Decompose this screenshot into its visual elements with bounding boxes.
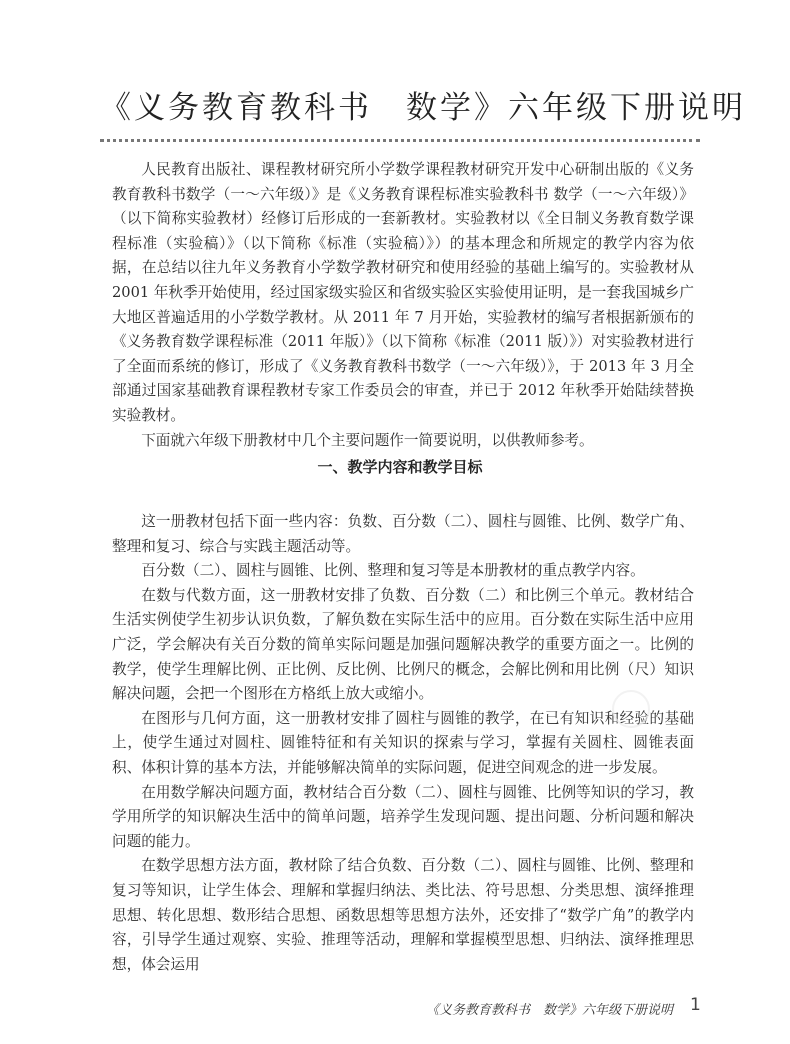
dotted-divider xyxy=(100,139,700,142)
section-heading: 一、教学内容和教学目标 xyxy=(100,456,700,477)
intro-section: 人民教育出版社、课程教材研究所小学数学课程教材研究开发中心研制出版的《义务教育教… xyxy=(112,158,694,453)
running-footer-title: 《义务教育教科书 数学》六年级下册说明 xyxy=(426,999,673,1018)
page-title: 《义务教育教科书 数学》六年级下册说明 xyxy=(100,82,700,127)
section-paragraph: 在数与代数方面，这一册教材安排了负数、百分数（二）和比例三个单元。教材结合生活实… xyxy=(112,584,694,707)
document-page: 《义务教育教科书 数学》六年级下册说明 人民教育出版社、课程教材研究所小学数学课… xyxy=(0,0,790,1044)
section-paragraph: 在用数学解决问题方面，教材结合百分数（二）、圆柱与圆锥、比例等知识的学习，教学用… xyxy=(112,781,694,855)
section-body: 这一册教材包括下面一些内容：负数、百分数（二）、圆柱与圆锥、比例、数学广角、整理… xyxy=(112,510,694,977)
section-paragraph: 在图形与几何方面，这一册教材安排了圆柱与圆锥的教学，在已有知识和经验的基础上，使… xyxy=(112,707,694,781)
section-paragraph: 这一册教材包括下面一些内容：负数、百分数（二）、圆柱与圆锥、比例、数学广角、整理… xyxy=(112,510,694,559)
intro-paragraph: 下面就六年级下册教材中几个主要问题作一简要说明，以供教师参考。 xyxy=(112,429,694,454)
watermark-logo-icon xyxy=(612,690,650,728)
intro-paragraph: 人民教育出版社、课程教材研究所小学数学课程教材研究开发中心研制出版的《义务教育教… xyxy=(112,158,694,429)
section-paragraph: 在数学思想方法方面，教材除了结合负数、百分数（二）、圆柱与圆锥、比例、整理和复习… xyxy=(112,854,694,977)
section-paragraph: 百分数（二）、圆柱与圆锥、比例、整理和复习等是本册教材的重点教学内容。 xyxy=(112,559,694,584)
page-number: 1 xyxy=(690,995,701,1015)
